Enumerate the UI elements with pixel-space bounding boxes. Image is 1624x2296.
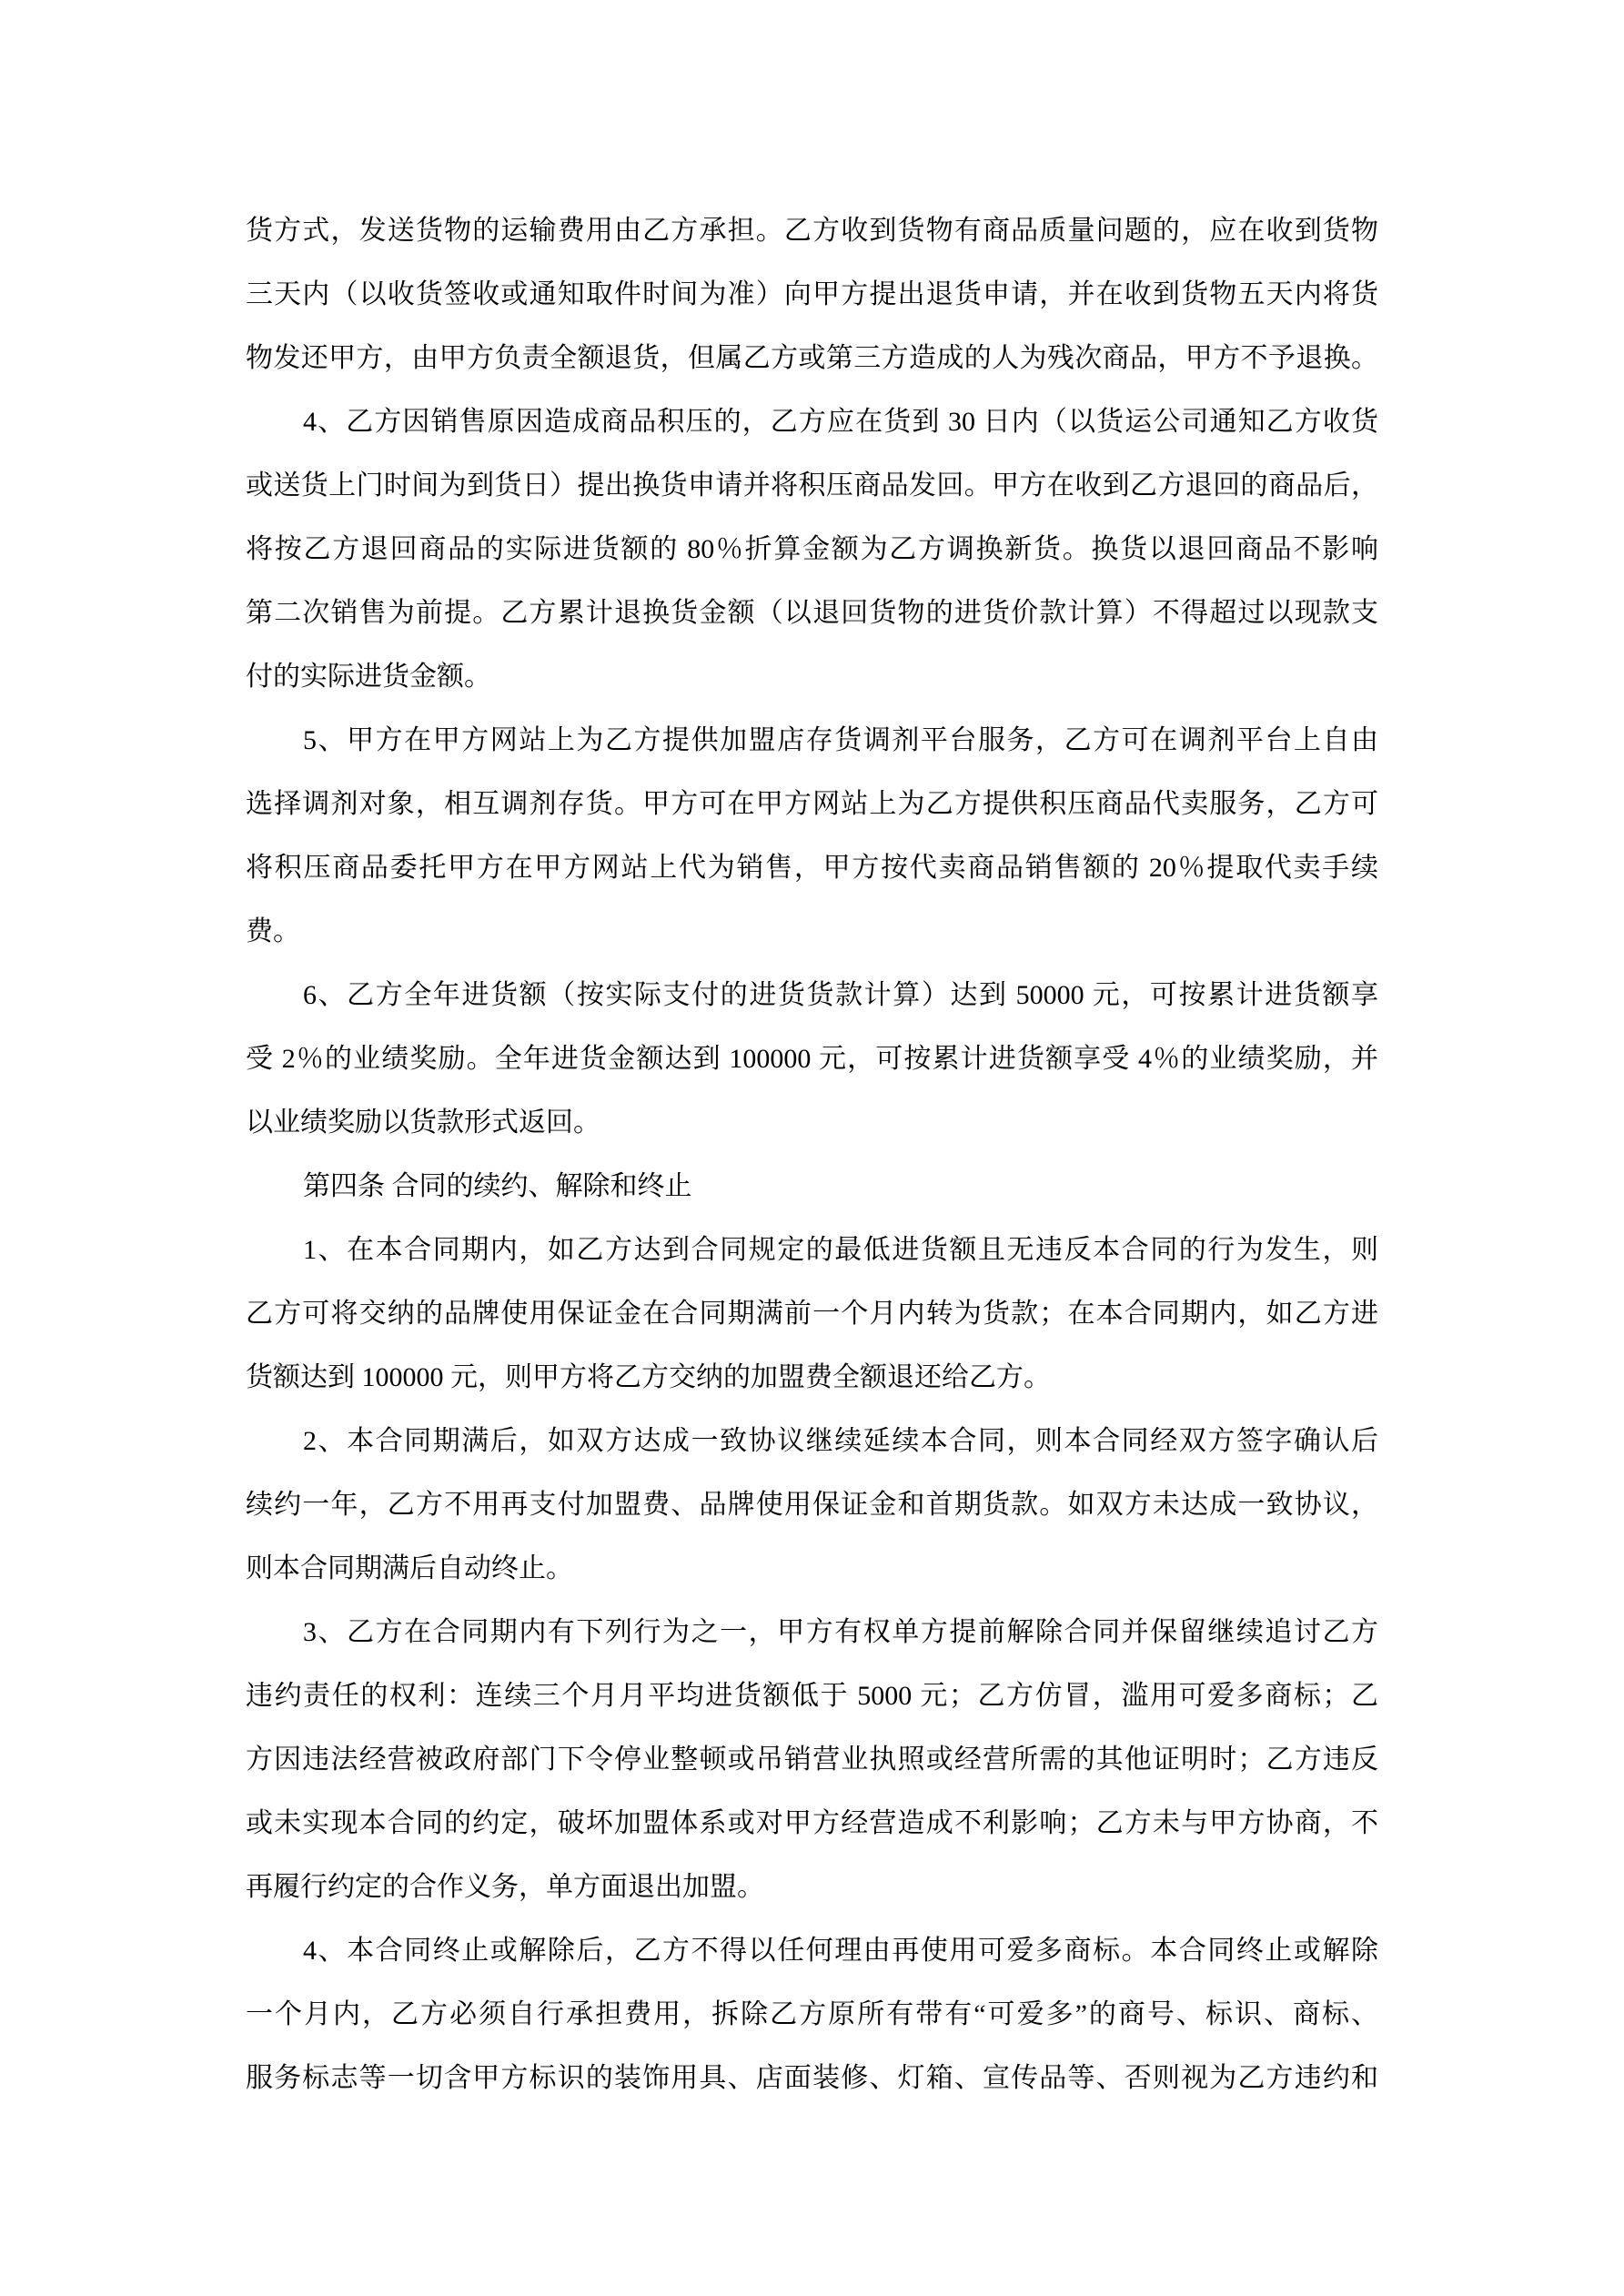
text-line: 2、本合同期满后，如双方达成一致协议继续延续本合同，则本合同经双方签字确认后 — [246, 1410, 1378, 1473]
text-line: 三天内（以收货签收或通知取件时间为准）向甲方提出退货申请，并在收到货物五天内将货 — [246, 263, 1378, 327]
text-line: 货方式，发送货物的运输费用由乙方承担。乙方收到货物有商品质量问题的，应在收到货物 — [246, 199, 1378, 263]
text-line: 6、乙方全年进货额（按实际支付的进货货款计算）达到 50000 元，可按累计进货… — [246, 964, 1378, 1027]
text-line: 或送货上门时间为到货日）提出换货申请并将积压商品发回。甲方在收到乙方退回的商品后… — [246, 454, 1378, 518]
text-line: 乙方可将交纳的品牌使用保证金在合同期满前一个月内转为货款；在本合同期内，如乙方进 — [246, 1282, 1378, 1346]
text-line: 受 2％的业绩奖励。全年进货金额达到 100000 元，可按累计进货额享受 4％… — [246, 1027, 1378, 1091]
text-line: 再履行约定的合作义务，单方面退出加盟。 — [246, 1856, 1378, 1919]
text-line: 违约责任的权利：连续三个月月平均进货额低于 5000 元；乙方仿冒，滥用可爱多商… — [246, 1664, 1378, 1728]
text-line: 4、乙方因销售原因造成商品积压的，乙方应在货到 30 日内（以货运公司通知乙方收… — [246, 390, 1378, 454]
text-line: 选择调剂对象，相互调剂存货。甲方可在甲方网站上为乙方提供积压商品代卖服务，乙方可 — [246, 773, 1378, 836]
contract-text-block: 货方式，发送货物的运输费用由乙方承担。乙方收到货物有商品质量问题的，应在收到货物… — [246, 199, 1378, 2110]
text-line: 1、在本合同期内，如乙方达到合同规定的最低进货额且无违反本合同的行为发生，则 — [246, 1219, 1378, 1282]
text-line: 以业绩奖励以货款形式返回。 — [246, 1091, 1378, 1155]
text-line: 第二次销售为前提。乙方累计退换货金额（以退回货物的进货价款计算）不得超过以现款支 — [246, 582, 1378, 645]
text-line: 或未实现本合同的约定，破坏加盟体系或对甲方经营造成不利影响；乙方未与甲方协商，不 — [246, 1792, 1378, 1856]
text-line: 5、甲方在甲方网站上为乙方提供加盟店存货调剂平台服务，乙方可在调剂平台上自由 — [246, 709, 1378, 773]
text-line: 续约一年，乙方不用再支付加盟费、品牌使用保证金和首期货款。如双方未达成一致协议， — [246, 1473, 1378, 1537]
text-line: 物发还甲方，由甲方负责全额退货，但属乙方或第三方造成的人为残次商品，甲方不予退换… — [246, 327, 1378, 390]
text-line: 将积压商品委托甲方在甲方网站上代为销售，甲方按代卖商品销售额的 20％提取代卖手… — [246, 836, 1378, 900]
text-line: 费。 — [246, 900, 1378, 964]
text-line: 则本合同期满后自动终止。 — [246, 1537, 1378, 1601]
text-line: 货额达到 100000 元，则甲方将乙方交纳的加盟费全额退还给乙方。 — [246, 1346, 1378, 1410]
text-line: 付的实际进货金额。 — [246, 645, 1378, 709]
text-line: 将按乙方退回商品的实际进货额的 80％折算金额为乙方调换新货。换货以退回商品不影… — [246, 518, 1378, 582]
text-line: 一个月内，乙方必须自行承担费用，拆除乙方原所有带有“可爱多”的商号、标识、商标、 — [246, 1983, 1378, 2047]
text-line: 方因违法经营被政府部门下令停业整顿或吊销营业执照或经营所需的其他证明时；乙方违反 — [246, 1728, 1378, 1792]
text-line: 3、乙方在合同期内有下列行为之一，甲方有权单方提前解除合同并保留继续追讨乙方 — [246, 1601, 1378, 1664]
text-line: 4、本合同终止或解除后，乙方不得以任何理由再使用可爱多商标。本合同终止或解除 — [246, 1919, 1378, 1983]
text-line: 服务标志等一切含甲方标识的装饰用具、店面装修、灯箱、宣传品等、否则视为乙方违约和 — [246, 2047, 1378, 2110]
section-heading: 第四条 合同的续约、解除和终止 — [246, 1155, 1378, 1219]
document-page: { "colors": { "page_background": "#fffff… — [0, 0, 1624, 2296]
